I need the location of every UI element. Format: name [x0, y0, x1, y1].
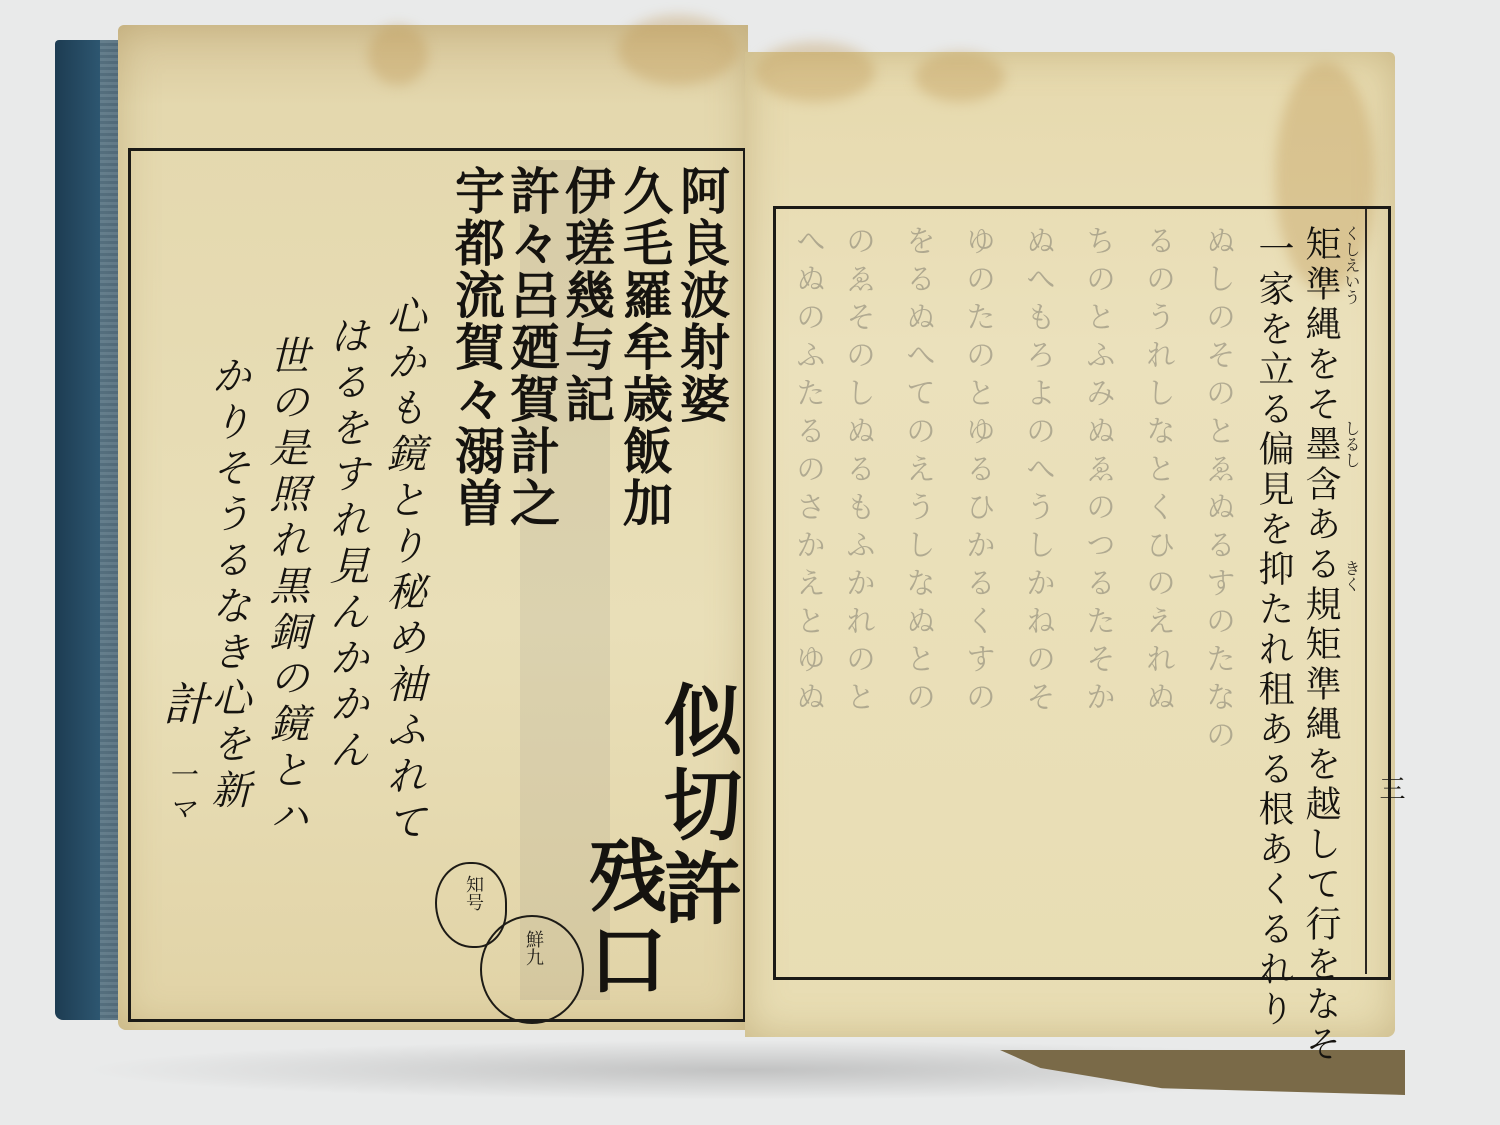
- bleed-through-text: ぬしのそのとゑぬるすのたなの: [1195, 225, 1239, 757]
- bleed-through-text: のゑそのしぬるもふかれのと: [835, 225, 879, 719]
- signature-tail: 一マ: [160, 760, 200, 828]
- kanji-column-5: 宇都流賀々溺曽: [440, 165, 512, 529]
- water-stain: [618, 15, 738, 85]
- ruby-annotation: しるし: [1340, 420, 1363, 468]
- cursive-poem-line-4: かりそうるなき心を新: [200, 355, 257, 815]
- bleed-through-text: るのうれしなとくひのえれぬ: [1135, 225, 1179, 719]
- water-stain: [755, 42, 875, 102]
- right-text-column-1: 矩準縄をそ墨含ある規矩準縄を越して行をなそ: [1295, 225, 1346, 1065]
- right-margin-rule: [1365, 209, 1367, 974]
- bleed-through-text: ちのとふみぬゑのつるたそか: [1075, 225, 1119, 719]
- edge-page-label: 三: [1372, 775, 1409, 801]
- cursive-poem-line-1: 心かも鏡とり秘め袖ふれて: [375, 295, 432, 847]
- right-text-column-2: 一家を立る偏見を抑たれ租ある根あくるれり: [1248, 230, 1299, 1030]
- ruby-annotation: きく: [1340, 560, 1363, 592]
- gourd-seal-bottom-text: 鮮九: [520, 930, 546, 966]
- bleed-through-text: へぬのふたるのさかえとゆぬ: [785, 225, 829, 719]
- bleed-through-text: ぬへもろよのへうしかねのそ: [1015, 225, 1059, 719]
- bleed-through-text: をるぬへてのえうしなぬとの: [895, 225, 939, 719]
- cursive-poem-line-3: 世の是照れ黒銅の鏡とハ: [258, 335, 315, 841]
- cursive-poem-line-2: はるをすれ見んかかん: [318, 315, 375, 775]
- water-stain: [915, 52, 1005, 102]
- signature-glyph: 計: [150, 680, 216, 732]
- ruby-annotation: くしえいう: [1340, 225, 1363, 305]
- water-stain: [368, 25, 428, 85]
- bleed-through-text: ゆのたのとゆるひかるくすの: [955, 225, 999, 719]
- gourd-seal-top-text: 知号: [460, 875, 486, 911]
